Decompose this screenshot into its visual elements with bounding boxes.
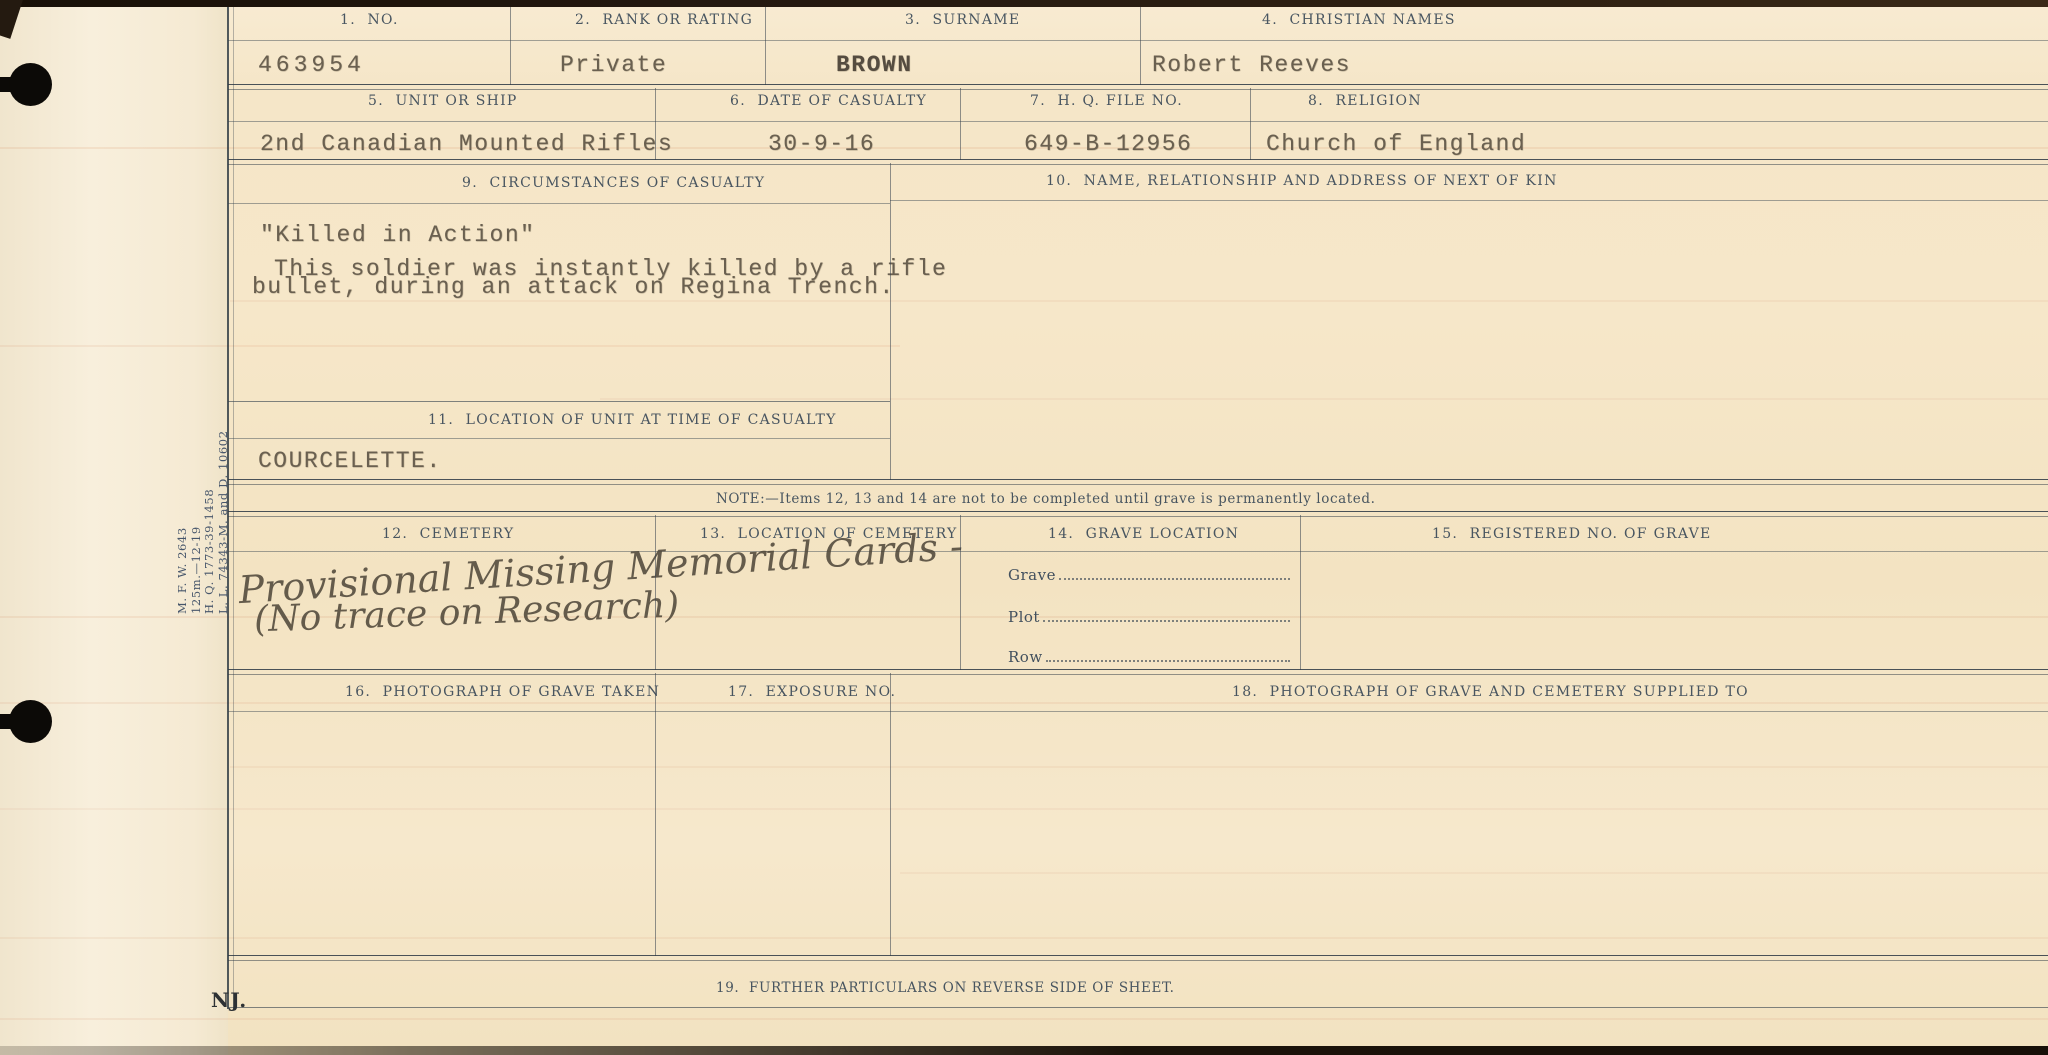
dotted-fill-line	[1046, 660, 1290, 662]
column-divider	[960, 88, 961, 160]
row-divider	[228, 479, 2048, 485]
column-divider	[1140, 7, 1141, 85]
punch-hole-top	[9, 63, 52, 106]
scan-bottom-edge	[0, 1046, 2048, 1055]
row-entry-line: Row	[1008, 648, 1290, 666]
field-value-rank: Private	[560, 52, 667, 78]
field-value-no: 463954	[258, 52, 365, 78]
column-divider	[655, 88, 656, 160]
scan-streak	[230, 300, 2048, 302]
field-value-location-of-unit: COURCELETTE.	[258, 448, 442, 474]
plot-label: Plot	[1008, 608, 1040, 626]
field-label-registered-no: 15. REGISTERED NO. OF GRAVE	[1432, 526, 1712, 542]
casualty-record-scan: M. F. W. 2643 125m.—12-19 H. Q. 1773-39-…	[0, 0, 2048, 1055]
note-text: NOTE:—Items 12, 13 and 14 are not to be …	[716, 491, 1376, 507]
imprint-line: M. F. W. 2643	[176, 334, 190, 614]
grave-entry-line: Grave	[1008, 566, 1290, 584]
form-left-border-inner	[233, 7, 234, 1009]
dotted-fill-line	[1043, 620, 1290, 622]
row-divider	[228, 511, 2048, 517]
circumstances-line1: "Killed in Action"	[260, 222, 535, 248]
plot-entry-line: Plot	[1008, 608, 1290, 626]
scan-streak	[230, 766, 2048, 768]
scan-streak	[0, 702, 2048, 704]
column-divider	[1300, 515, 1301, 670]
imprint-line: 125m.—12-19	[190, 334, 204, 614]
field-value-religion: Church of England	[1266, 131, 1526, 157]
column-divider	[765, 7, 766, 85]
circumstances-line3: bullet, during an attack on Regina Trenc…	[252, 274, 895, 300]
rule	[228, 438, 890, 439]
field-value-date-of-casualty: 30-9-16	[768, 131, 875, 157]
rule	[228, 711, 2048, 712]
column-divider	[1250, 88, 1251, 160]
column-divider	[655, 515, 656, 670]
field-value-surname: BROWN	[836, 52, 913, 78]
grave-label: Grave	[1008, 566, 1056, 584]
field-label-location-of-unit: 11. LOCATION OF UNIT AT TIME OF CASUALTY	[428, 412, 837, 428]
row-divider	[228, 669, 2048, 675]
field-value-christian-names: Robert Reeves	[1152, 52, 1351, 78]
rule	[228, 203, 890, 204]
field-label-circumstances: 9. CIRCUMSTANCES OF CASUALTY	[462, 175, 765, 191]
scan-streak	[0, 1018, 2048, 1020]
column-divider	[960, 515, 961, 670]
field-label-exposure: 17. EXPOSURE NO.	[728, 684, 896, 700]
field-value-unit: 2nd Canadian Mounted Rifles	[260, 131, 673, 157]
form-bottom-border	[228, 1007, 2048, 1008]
imprint-line: H. Q. 1773-39-1458	[203, 334, 217, 614]
rule	[228, 121, 2048, 122]
margin-imprint: M. F. W. 2643 125m.—12-19 H. Q. 1773-39-…	[176, 334, 232, 614]
scan-top-edge	[0, 0, 2048, 7]
field-label-photo-supplied: 18. PHOTOGRAPH OF GRAVE AND CEMETERY SUP…	[1232, 684, 1749, 700]
scan-streak	[0, 937, 2048, 939]
field-label-hq-file: 7. H. Q. FILE NO.	[1030, 93, 1183, 109]
row-divider	[228, 955, 2048, 961]
row-divider	[228, 84, 2048, 90]
field-label-christian-names: 4. CHRISTIAN NAMES	[1262, 12, 1456, 28]
rule	[890, 200, 2048, 201]
field-label-cemetery: 12. CEMETERY	[382, 526, 514, 542]
field-label-photo-taken: 16. PHOTOGRAPH OF GRAVE TAKEN	[345, 684, 660, 700]
field-label-next-of-kin: 10. NAME, RELATIONSHIP AND ADDRESS OF NE…	[1046, 173, 1558, 189]
column-divider	[655, 673, 656, 956]
column-divider	[890, 163, 891, 480]
scan-streak	[600, 398, 2048, 400]
field-label-surname: 3. SURNAME	[905, 12, 1020, 28]
field-label-grave-location: 14. GRAVE LOCATION	[1048, 526, 1239, 542]
footer-text: 19. FURTHER PARTICULARS ON REVERSE SIDE …	[716, 980, 1174, 996]
field-value-hq-file: 649-B-12956	[1024, 131, 1192, 157]
field-label-no: 1. NO.	[340, 12, 399, 28]
dotted-fill-line	[1059, 578, 1290, 580]
punch-hole-bottom	[9, 700, 52, 743]
field-label-unit: 5. UNIT OR SHIP	[368, 93, 518, 109]
column-divider	[890, 673, 891, 956]
rule	[228, 40, 2048, 41]
row-label: Row	[1008, 648, 1043, 666]
scan-streak	[900, 872, 2048, 874]
form-left-border	[227, 7, 229, 1009]
scan-streak	[0, 808, 2048, 810]
field-label-religion: 8. RELIGION	[1308, 93, 1422, 109]
column-divider	[510, 7, 511, 85]
field-label-rank: 2. RANK OR RATING	[575, 12, 753, 28]
row-divider	[228, 159, 2048, 165]
rule	[228, 401, 890, 402]
field-label-date-of-casualty: 6. DATE OF CASUALTY	[730, 93, 927, 109]
corner-mark: NJ.	[211, 988, 247, 1012]
